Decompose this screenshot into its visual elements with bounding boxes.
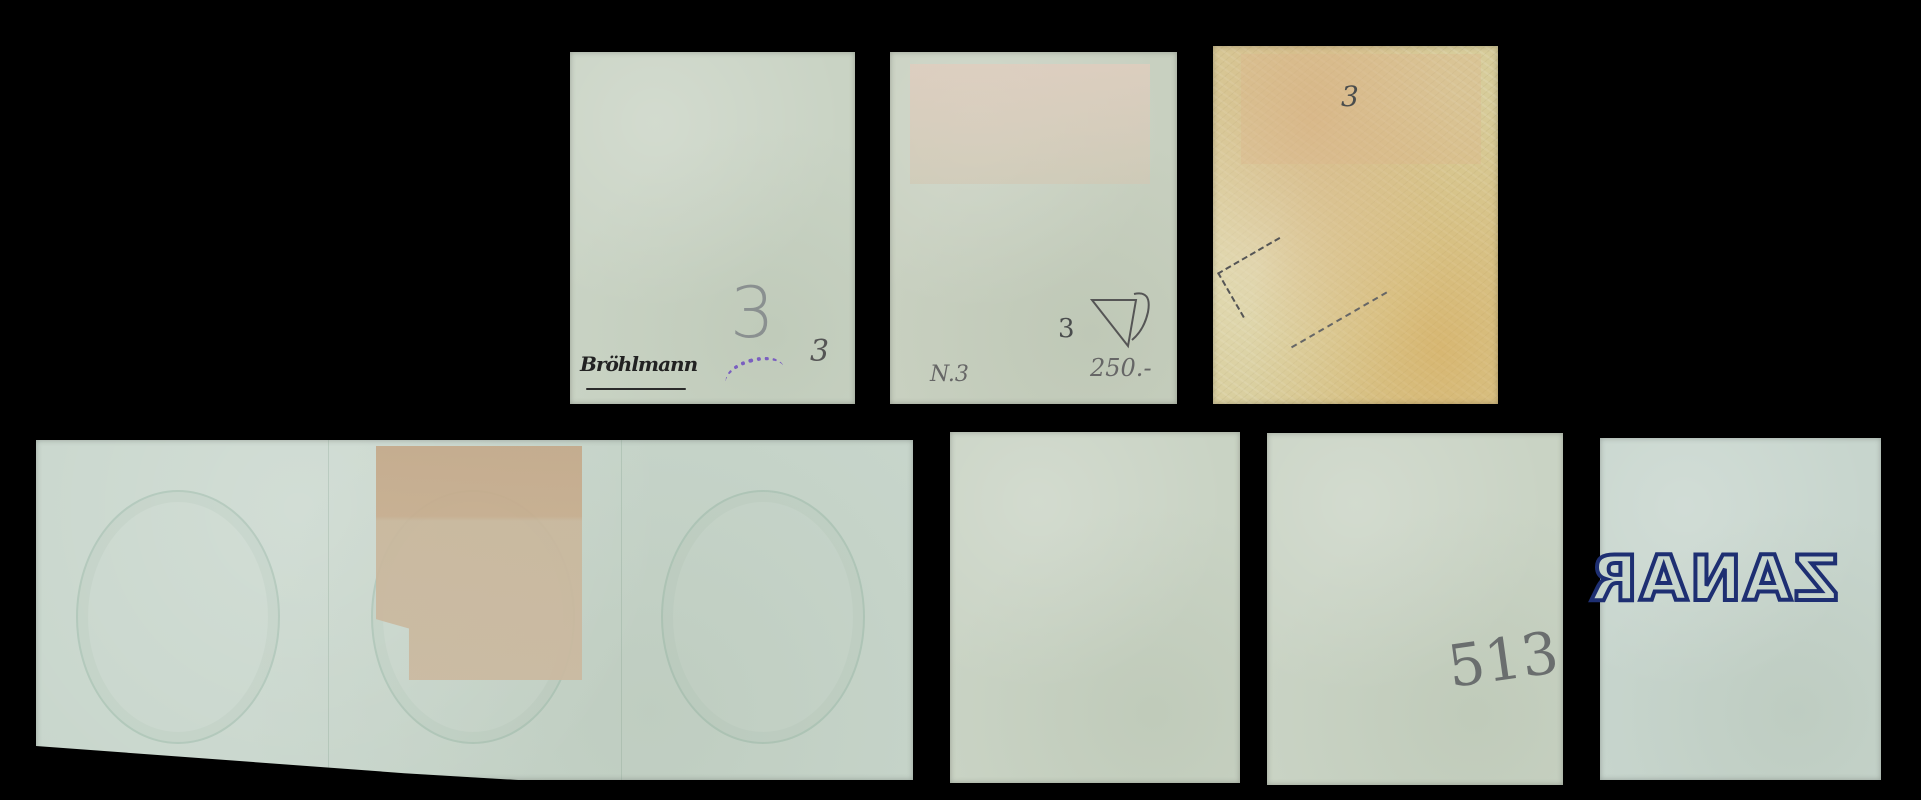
stamp-back-a: 3 3 Bröhlmann xyxy=(570,52,855,404)
pencil-number: 3 xyxy=(1341,80,1359,113)
triangle-mark-icon xyxy=(1088,290,1160,352)
design-ghost-oval xyxy=(661,490,865,744)
stamp-back-c: 3 xyxy=(1213,46,1498,404)
strip-divider xyxy=(328,440,329,780)
violet-handstamp-arc xyxy=(722,351,789,399)
pencil-number-small: 3 xyxy=(810,334,829,369)
pencil-signature-scribble xyxy=(1217,237,1305,318)
pencil-number: 513 xyxy=(1444,618,1563,701)
hinge-remnant xyxy=(1241,54,1481,164)
mirrored-overprint: ZANAR xyxy=(1588,548,1839,610)
pencil-number-large: 3 xyxy=(730,272,775,354)
design-ghost-oval xyxy=(76,490,280,744)
expert-handstamp-underline xyxy=(586,388,686,390)
pencil-scribble-lower xyxy=(1291,292,1388,350)
hinge-remnant xyxy=(910,64,1150,184)
strip-divider xyxy=(621,440,622,780)
stamp-back-d xyxy=(950,432,1240,783)
stamp-back-e: 513 xyxy=(1267,433,1563,785)
pencil-number: 3 xyxy=(1058,314,1075,344)
stamp-strip-of-three xyxy=(36,440,913,780)
expert-handstamp: Bröhlmann xyxy=(580,352,697,376)
stamp-back-b: 3 N.3 250.- xyxy=(890,52,1177,404)
catalog-note: N.3 xyxy=(930,362,969,387)
price-note: 250.- xyxy=(1090,354,1152,382)
